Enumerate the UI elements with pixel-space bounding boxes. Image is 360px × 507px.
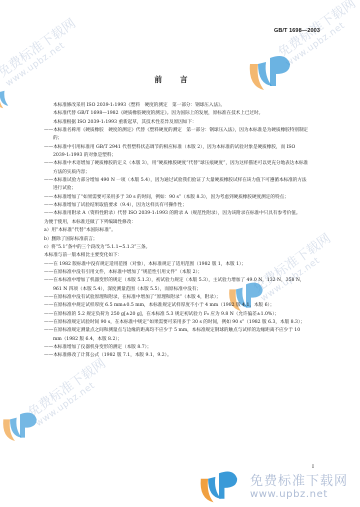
dash-item: ——本标准用附录 A（资料性附录）代替 ISO 2039-1:1993 的附录 … bbox=[44, 210, 310, 218]
document-body: 本标准修改采用 ISO 2039-1:1993《塑料 硬度的测定 第一部分：钢球… bbox=[44, 102, 310, 361]
watermark-text: 免费标准下载网 bbox=[23, 353, 108, 421]
watermark-text: 免费标准下载网 bbox=[0, 13, 79, 81]
watermark-url: www.upbz.net bbox=[34, 369, 114, 429]
list-item: a）用“本标准”代替“本国际标准”。 bbox=[44, 227, 310, 235]
dash-item: ——本标准中引用标准用 GB/T 2941 代替塑料状态调节的相应标准（本版 2… bbox=[44, 144, 310, 161]
dash-item: ——在原标准规定测量点之间和测量点与边缘的距离均不应少于 5 mm，本标准规定钢… bbox=[44, 327, 310, 344]
list-item: c）将“5.1”条中的三个段改为“5.1.1~5.1.3”三条。 bbox=[44, 244, 310, 252]
dash-item: ——在原标准的 5.2 规定负荷为 250 g[±20 g]，在本标准 5.3 … bbox=[44, 311, 310, 319]
up-logo-icon bbox=[0, 82, 22, 112]
page-title: 前言 bbox=[0, 74, 360, 85]
brand-url: www.upbz.net bbox=[250, 489, 348, 500]
dash-item: ——在原标准中没有试验原理和附录，在标准中增加了“原理和附录”（本版 4，附录）… bbox=[44, 294, 310, 302]
brand-name: 免费标准下载网 bbox=[250, 470, 348, 489]
up-logo-icon bbox=[246, 50, 294, 94]
watermark: 免费标准下载网 www.upbz.net bbox=[273, 0, 360, 69]
dash-item: ——本标准试验力部分增加 490 N 一项（本版 5.4），因为通过试验我们验证… bbox=[44, 177, 310, 194]
paragraph: 本标准根据 ISO 2039-1:1993 重新起草，其技术性差异及原因如下： bbox=[44, 119, 310, 127]
up-logo-icon bbox=[0, 404, 40, 448]
up-logo-icon bbox=[192, 466, 246, 506]
dash-item: ——本标准修改了计算公式（1982 版 7.1，本版 9.1，9.2）。 bbox=[44, 352, 310, 360]
watermark: 免费标准下载网 www.upbz.net bbox=[23, 353, 114, 429]
list-item: b）删除了国际标准前言； bbox=[44, 236, 310, 244]
paragraph: 本标准修改采用 ISO 2039-1:1993《塑料 硬度的测定 第一部分：钢球… bbox=[44, 102, 310, 110]
dash-item: ——本标准中术语增加了硬质橡胶的定义（本版 3），用“硬质橡胶硬度”代替“球压痕… bbox=[44, 160, 310, 177]
dash-item: ——在原标准中没有引用文件，本标准中增加了“规范性引用文件”（本版 2）； bbox=[44, 269, 310, 277]
paragraph: 本标准与前一版本相比主要变化如下： bbox=[44, 252, 310, 260]
dash-item: ——在原标准中规定试样厚度 6.5 mm±0.5 mm，本标准规定试样厚度不小于… bbox=[44, 302, 310, 310]
standard-code: GB/T 1698—2003 bbox=[274, 28, 320, 34]
footer-brand: 免费标准下载网 www.upbz.net bbox=[250, 470, 348, 500]
dash-item: ——本标准增加了试验结果取值要求（9.4），因为这样具有可操作性； bbox=[44, 202, 310, 210]
dash-item: ——在原标准规定试验时间 90 s，在本标准中规定“如果需要可采用多于 30 s… bbox=[44, 319, 310, 327]
paragraph: 本标准代替 GB/T 1698—1982《硬质橡胶硬度的测定》。因为国际上的发展… bbox=[44, 110, 310, 118]
dash-item: ——在 1982 版标准中没有规定适用范围（对象），本标准规定了适用范围（198… bbox=[44, 261, 310, 269]
document-page: 免费标准下载网 www.upbz.net 免费标准下载网 www.upbz.ne… bbox=[0, 0, 360, 507]
paragraph: 为便于使用，本标准还做了下列编辑性修改： bbox=[44, 219, 310, 227]
dash-item: ——本标准名称用《硬质橡胶 硬度的测定》代替《塑料硬度的测定 第一部分：钢球压入… bbox=[44, 127, 310, 144]
dash-item: ——本标准增加了仪器机身变形的测定（本版 8.7）； bbox=[44, 344, 310, 352]
watermark-url: www.upbz.net bbox=[284, 9, 360, 69]
dash-item: ——本标准增加了“如果需要可采用多于 30 s 的时间，例如：90 s”（本版 … bbox=[44, 194, 310, 202]
dash-item: ——在本标准中增加了机器变形的规定（本版 5.1.3），初试验力规定（本版 5.… bbox=[44, 277, 310, 294]
